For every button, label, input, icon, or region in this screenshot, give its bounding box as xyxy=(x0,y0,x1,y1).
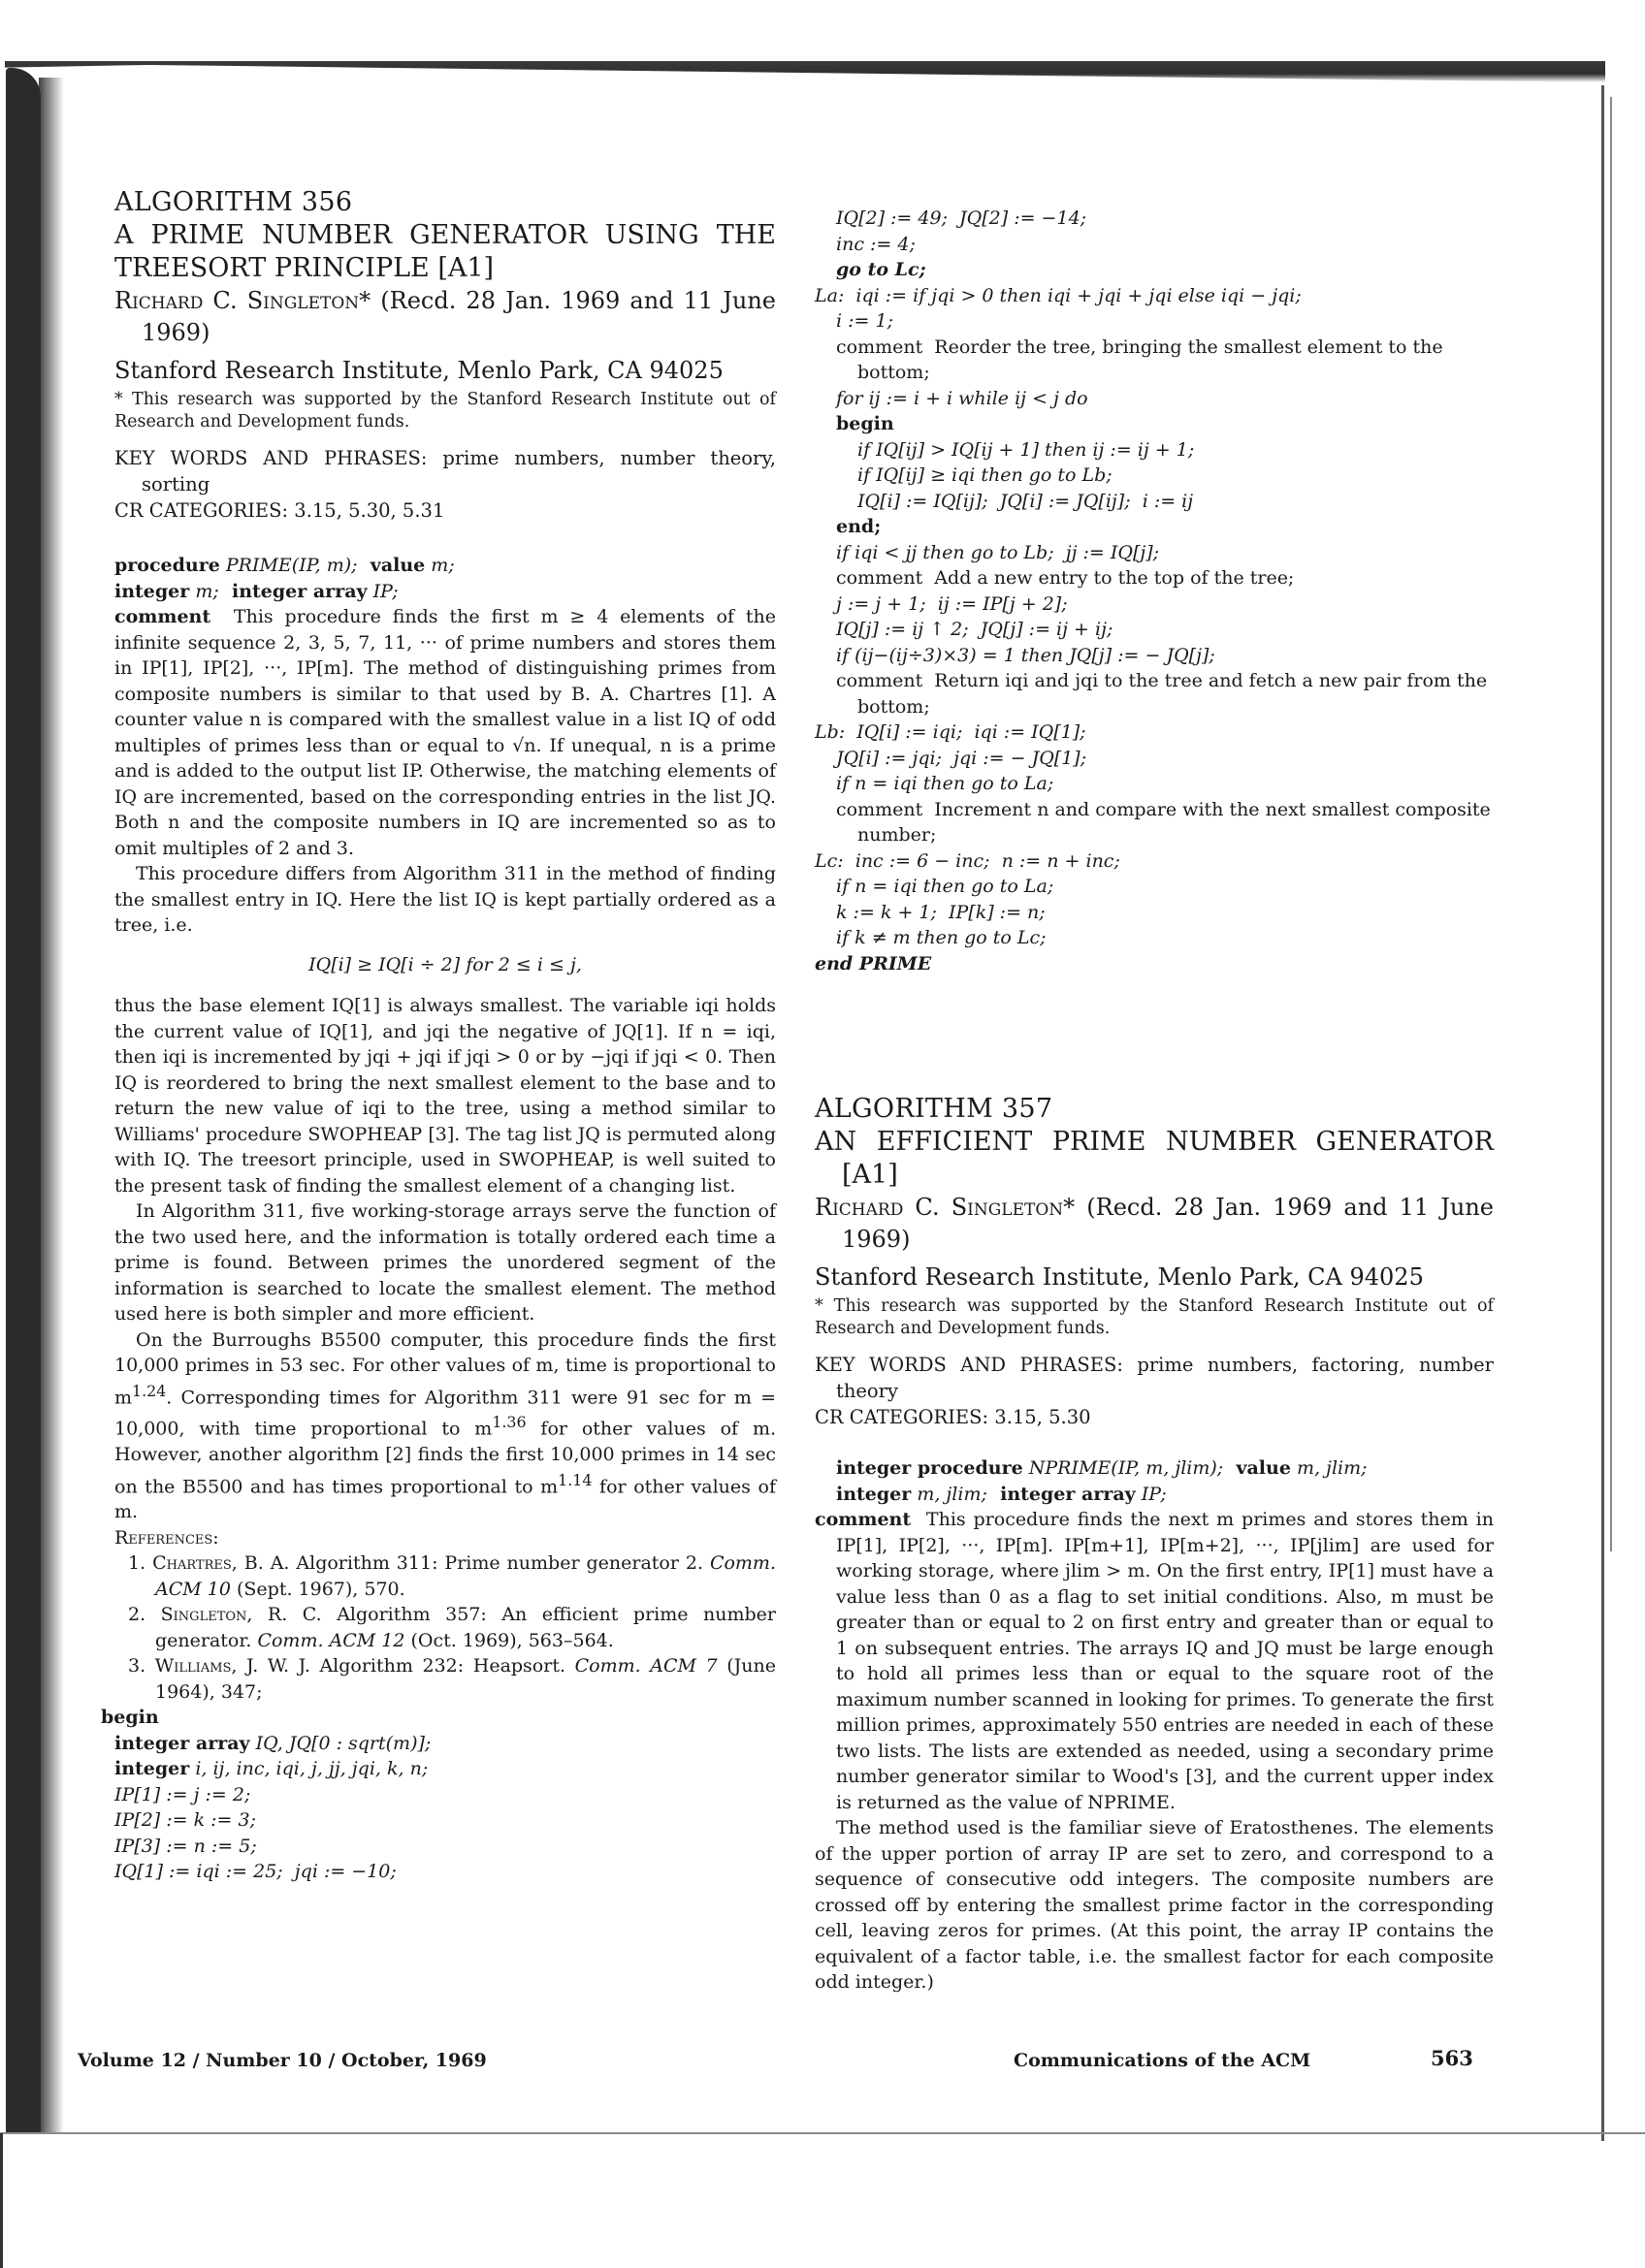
reference-author: Chartres, B. A. xyxy=(152,1552,289,1574)
code-line: j := j + 1; ij := IP[j + 2]; xyxy=(815,591,1494,618)
algorithm-357-comment: comment This procedure finds the next m … xyxy=(815,1507,1494,1815)
keyword-integer-array: integer array xyxy=(987,1484,1136,1505)
code-line: begin xyxy=(815,411,1494,437)
algorithm-356-institution: Stanford Research Institute, Menlo Park,… xyxy=(114,355,776,387)
page-number: 563 xyxy=(1431,2046,1473,2070)
scan-edge-right-2 xyxy=(1610,97,1612,1551)
code-keyword: integer array xyxy=(114,1733,250,1754)
code-comment: comment Return iqi and jqi to the tree a… xyxy=(815,668,1494,719)
cr-values: 3.15, 5.30, 5.31 xyxy=(294,499,444,522)
code-comment: comment Add a new entry to the top of th… xyxy=(815,565,1494,591)
keyword-integer: integer xyxy=(836,1484,911,1505)
code-keyword: integer xyxy=(114,1758,189,1779)
algorithm-356-code-continued: IQ[2] := 49; JQ[2] := −14; inc := 4; go … xyxy=(815,206,1494,976)
code-line-label-Lb: Lb: IQ[i] := iqi; iqi := IQ[1]; xyxy=(815,719,1494,746)
value-params: m, jlim; xyxy=(1291,1457,1368,1479)
reference-item: 3. Williams, J. W. J. Algorithm 232: Hea… xyxy=(114,1653,776,1705)
algorithm-357-institution: Stanford Research Institute, Menlo Park,… xyxy=(815,1262,1494,1294)
exponent-3: 1.14 xyxy=(558,1471,592,1489)
algorithm-356-title-line2: TREESORT PRINCIPLE [A1] xyxy=(114,252,776,285)
footer-journal-name: Communications of the ACM xyxy=(1014,2050,1310,2071)
keyword-integer-procedure: integer procedure xyxy=(836,1457,1023,1479)
reference-date: (Oct. 1969), 563–564. xyxy=(404,1630,613,1651)
code-text: i, ij, inc, iqi, j, jj, jqi, k, n; xyxy=(189,1758,428,1779)
author-last-name: Singleton xyxy=(247,287,359,314)
scan-shadow-top xyxy=(5,61,1605,82)
reference-title: Algorithm 232: Heapsort. xyxy=(310,1655,575,1677)
algorithm-357-footnote: * This research was supported by the Sta… xyxy=(815,1295,1494,1340)
references-heading: References: xyxy=(114,1525,776,1551)
code-line: if IQ[ij] > IQ[ij + 1] then ij := ij + 1… xyxy=(815,437,1494,463)
cr-label: CR CATEGORIES: xyxy=(114,499,288,522)
scan-edge-left-bottom xyxy=(0,2133,3,2268)
keywords-label: KEY WORDS AND PHRASES: xyxy=(815,1354,1123,1376)
code-comment: comment Reorder the tree, bringing the s… xyxy=(815,335,1494,386)
exponent-2: 1.36 xyxy=(492,1413,526,1431)
array-params: IP; xyxy=(1136,1484,1167,1505)
reference-journal: Comm. ACM 7 xyxy=(575,1655,718,1677)
algorithm-356-declaration: procedure PRIME(IP, m); value m; integer… xyxy=(114,553,776,604)
reference-title: Algorithm 311: Prime number generator 2. xyxy=(289,1552,709,1574)
code-line: if n = iqi then go to La; xyxy=(815,771,1494,797)
reference-item: 2. Singleton, R. C. Algorithm 357: An ef… xyxy=(114,1602,776,1653)
code-line-end: end PRIME xyxy=(815,951,1494,977)
algorithm-357-paragraph-2: The method used is the familiar sieve of… xyxy=(815,1815,1494,1996)
scan-edge-right xyxy=(1601,85,1604,2141)
algorithm-356-paragraph-5: On the Burroughs B5500 computer, this pr… xyxy=(114,1327,776,1525)
code-line-label-Lc: Lc: inc := 6 − inc; n := n + inc; xyxy=(815,848,1494,875)
code-line: IP[3] := n := 5; xyxy=(114,1834,776,1860)
algorithm-356-paragraph-3: thus the base element IQ[1] is always sm… xyxy=(114,993,776,1198)
code-line: for ij := i + i while ij < j do xyxy=(815,386,1494,412)
keyword-comment: comment xyxy=(114,606,210,627)
algorithm-357-number: ALGORITHM 357 xyxy=(815,1093,1494,1126)
keyword-begin: begin xyxy=(101,1707,159,1728)
code-line: IQ[j] := ij ↑ 2; JQ[j] := ij + ij; xyxy=(815,617,1494,643)
code-line: JQ[i] := jqi; jqi := − JQ[1]; xyxy=(815,746,1494,772)
code-line: IP[1] := j := 2; xyxy=(114,1782,776,1808)
algorithm-356-number: ALGORITHM 356 xyxy=(114,186,776,219)
reference-number: 2. xyxy=(128,1604,145,1625)
scan-smudge-left xyxy=(39,78,64,2133)
exponent-1: 1.24 xyxy=(132,1382,166,1400)
comment-text: This procedure finds the next m primes a… xyxy=(836,1509,1494,1813)
scan-shadow-left xyxy=(6,68,41,2133)
value-params: m; xyxy=(425,555,454,576)
procedure-signature: NPRIME(IP, m, jlim); xyxy=(1023,1457,1224,1479)
code-line: k := k + 1; IP[k] := n; xyxy=(815,900,1494,926)
tree-order-formula: IQ[i] ≥ IQ[i ÷ 2] for 2 ≤ i ≤ j, xyxy=(114,952,776,978)
code-line: IQ[1] := iqi := 25; jqi := −10; xyxy=(114,1859,776,1885)
array-params: IP; xyxy=(368,581,399,602)
cr-label: CR CATEGORIES: xyxy=(815,1406,988,1428)
integer-params: m; xyxy=(189,581,218,602)
code-line: end; xyxy=(815,514,1494,540)
code-line-label-La: La: iqi := if jqi > 0 then iqi + jqi + j… xyxy=(815,283,1494,309)
author-first-name: Richard xyxy=(114,287,203,314)
right-column: IQ[2] := 49; JQ[2] := −14; inc := 4; go … xyxy=(815,206,1494,1996)
code-line: IP[2] := k := 3; xyxy=(114,1807,776,1834)
reference-author: Williams, J. W. J. xyxy=(155,1655,310,1677)
algorithm-356-author: Richard C. Singleton* (Recd. 28 Jan. 196… xyxy=(114,285,776,349)
author-initial: C. xyxy=(903,1194,951,1221)
algorithm-356-paragraph-4: In Algorithm 311, five working-storage a… xyxy=(114,1198,776,1327)
keyword-procedure: procedure xyxy=(114,555,220,576)
code-line: IQ[i] := IQ[ij]; JQ[i] := JQ[ij]; i := i… xyxy=(815,489,1494,515)
code-line: inc := 4; xyxy=(815,232,1494,258)
reference-number: 3. xyxy=(128,1655,145,1677)
reference-journal: Comm. ACM 12 xyxy=(257,1630,404,1651)
code-comment: comment Increment n and compare with the… xyxy=(815,797,1494,848)
reference-number: 1. xyxy=(128,1552,145,1574)
algorithm-356-paragraph-2: This procedure differs from Algorithm 31… xyxy=(114,861,776,939)
algorithm-356-comment: comment This procedure finds the first m… xyxy=(114,604,776,861)
references-list: 1. Chartres, B. A. Algorithm 311: Prime … xyxy=(114,1550,776,1705)
procedure-signature: PRIME(IP, m); xyxy=(220,555,358,576)
code-line: if n = iqi then go to La; xyxy=(815,874,1494,900)
left-column: ALGORITHM 356 A PRIME NUMBER GENERATOR U… xyxy=(114,186,776,1885)
keywords-label: KEY WORDS AND PHRASES: xyxy=(114,447,427,469)
keyword-integer: integer xyxy=(114,581,189,602)
algorithm-356-code-begin: begin integer array IQ, JQ[0 : sqrt(m)];… xyxy=(114,1705,776,1885)
code-line: i := 1; xyxy=(815,308,1494,335)
code-line: go to Lc; xyxy=(815,257,1494,283)
reference-item: 1. Chartres, B. A. Algorithm 311: Prime … xyxy=(114,1550,776,1602)
code-line: IQ[2] := 49; JQ[2] := −14; xyxy=(815,206,1494,232)
algorithm-356-title-line1: A PRIME NUMBER GENERATOR USING THE xyxy=(114,219,776,252)
algorithm-357-declaration: integer procedure NPRIME(IP, m, jlim); v… xyxy=(815,1455,1494,1507)
keyword-value: value xyxy=(1223,1457,1291,1479)
algorithm-356-keywords: KEY WORDS AND PHRASES: prime numbers, nu… xyxy=(114,445,776,497)
algorithm-357-cr-categories: CR CATEGORIES: 3.15, 5.30 xyxy=(815,1404,1494,1430)
algorithm-357-keywords: KEY WORDS AND PHRASES: prime numbers, fa… xyxy=(815,1352,1494,1404)
comment-text: This procedure finds the first m ≥ 4 ele… xyxy=(114,606,776,859)
footer-volume-issue: Volume 12 / Number 10 / October, 1969 xyxy=(78,2050,487,2071)
cr-values: 3.15, 5.30 xyxy=(994,1406,1090,1428)
reference-date: (Sept. 1967), 570. xyxy=(231,1579,405,1600)
code-line: if IQ[ij] ≥ iqi then go to Lb; xyxy=(815,463,1494,489)
author-initial: C. xyxy=(203,287,246,314)
code-line: if (ij−(ij÷3)×3) = 1 then JQ[j] := − JQ[… xyxy=(815,643,1494,669)
algorithm-357-title-line1: AN EFFICIENT PRIME NUMBER GENERATOR xyxy=(815,1126,1494,1159)
reference-author: Singleton, R. C. xyxy=(161,1604,322,1625)
keyword-comment: comment xyxy=(815,1509,911,1530)
author-last-name: Singleton xyxy=(952,1194,1063,1221)
code-line: if k ≠ m then go to Lc; xyxy=(815,925,1494,951)
keyword-integer-array: integer array xyxy=(219,581,368,602)
code-text: IQ, JQ[0 : sqrt(m)]; xyxy=(250,1733,432,1754)
algorithm-357-title-line2: [A1] xyxy=(815,1159,1494,1192)
algorithm-356-cr-categories: CR CATEGORIES: 3.15, 5.30, 5.31 xyxy=(114,497,776,524)
algorithm-356-footnote: * This research was supported by the Sta… xyxy=(114,389,776,433)
keyword-value: value xyxy=(358,555,426,576)
algorithm-357-author: Richard C. Singleton* (Recd. 28 Jan. 196… xyxy=(815,1192,1494,1256)
code-line: if iqi < jj then go to Lb; jj := IQ[j]; xyxy=(815,540,1494,566)
integer-params: m, jlim; xyxy=(911,1484,987,1505)
page-bottom-edge xyxy=(0,2132,1645,2134)
author-first-name: Richard xyxy=(815,1194,903,1221)
